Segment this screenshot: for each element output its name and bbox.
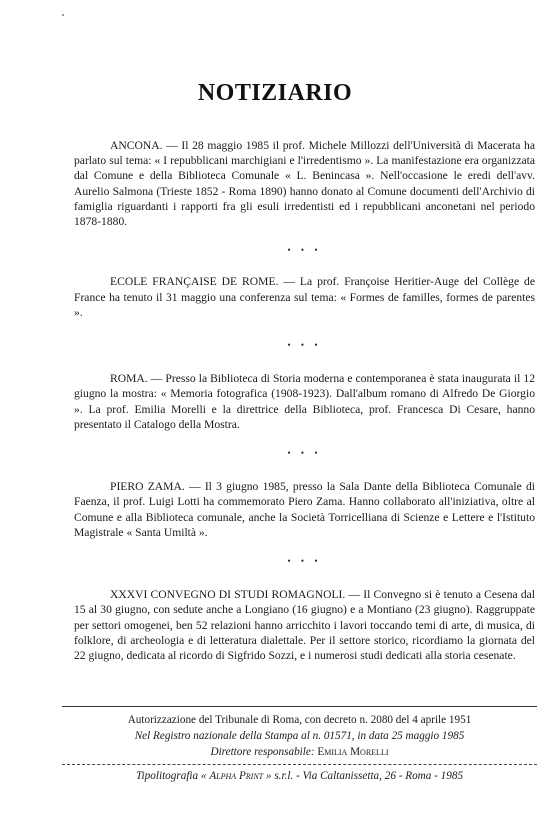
footer-rule-top [62, 706, 537, 707]
registry-line: Nel Registro nazionale della Stampa al n… [62, 728, 537, 744]
director-name: Emilia Morelli [317, 746, 388, 758]
authorization-line: Autorizzazione del Tribunale di Roma, co… [62, 712, 537, 728]
footer-rule-bottom [62, 764, 537, 765]
separator: • • • [74, 338, 535, 353]
director-label: Direttore responsabile: [210, 746, 314, 758]
printer-prefix: Tipolitografia « [136, 770, 207, 782]
scan-speck [62, 14, 64, 16]
article-convegno-studi-romagnoli: XXXVI CONVEGNO DI STUDI ROMAGNOLI. — Il … [74, 587, 535, 663]
printer-line: Tipolitografia « Alpha Print » s.r.l. - … [62, 770, 537, 782]
separator: • • • [74, 446, 535, 461]
director-line: Direttore responsabile: Emilia Morelli [62, 744, 537, 760]
article-ancona: ANCONA. — Il 28 maggio 1985 il prof. Mic… [74, 138, 535, 229]
article-piero-zama: PIERO ZAMA. — Il 3 giugno 1985, presso l… [74, 479, 535, 540]
news-body: ANCONA. — Il 28 maggio 1985 il prof. Mic… [74, 138, 535, 663]
article-ecole-francaise: ECOLE FRANÇAISE DE ROME. — La prof. Fran… [74, 274, 535, 320]
page-title: NOTIZIARIO [0, 80, 550, 107]
separator: • • • [74, 554, 535, 569]
article-roma: ROMA. — Presso la Biblioteca di Storia m… [74, 371, 535, 432]
printer-suffix: » s.r.l. - Via Caltanissetta, 26 - Roma … [266, 770, 463, 782]
colophon: Autorizzazione del Tribunale di Roma, co… [62, 712, 537, 760]
printer-name: Alpha Print [209, 770, 263, 782]
separator: • • • [74, 243, 535, 258]
